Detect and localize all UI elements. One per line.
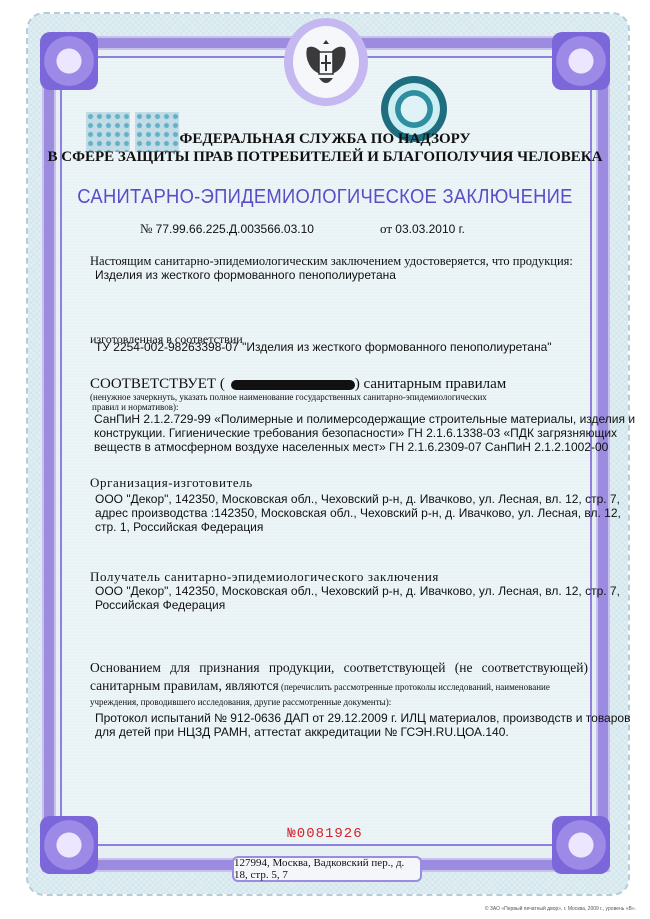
recipient-line-2: Российская Федерация xyxy=(95,598,225,612)
ornament-corner-icon xyxy=(40,32,98,90)
number-label: № xyxy=(140,221,152,236)
rules-line-3: веществ в атмосферном воздухе населенных… xyxy=(94,440,608,454)
basis-main: санитарным правилам, являются xyxy=(90,678,279,693)
compliance-suffix: ) санитарным правилам xyxy=(355,376,506,392)
issuer-address-text: 127994, Москва, Вадковский пер., д. 18, … xyxy=(234,857,420,881)
manufactured-spec: ТУ 2254-002-98263398-07 "Изделия из жест… xyxy=(95,340,552,354)
form-serial-number: №0081926 xyxy=(0,826,650,842)
date-value: 03.03.2010 г. xyxy=(395,222,465,236)
printer-imprint: © ЗАО «Первый печатный двор», г. Москва,… xyxy=(485,906,636,912)
manufacturer-line-2: адрес производства :142350, Московская о… xyxy=(95,506,621,520)
protocol-line-1: Протокол испытаний № 912-0636 ДАП от 29.… xyxy=(95,711,630,725)
protocol-line-2: для детей при НЦЗД РАМН, аттестат аккред… xyxy=(95,725,509,739)
compliance-note-1: (ненужное зачеркнуть, указать полное наи… xyxy=(90,392,487,402)
conclusion-number: № 77.99.66.225.Д.003566.03.10 xyxy=(140,221,314,237)
rules-line-2: конструкции. Гигиенические требования бе… xyxy=(94,426,617,440)
ornament-corner-icon xyxy=(40,816,98,874)
document-title: САНИТАРНО-ЭПИДЕМИОЛОГИЧЕСКОЕ ЗАКЛЮЧЕНИЕ xyxy=(26,186,624,209)
manufacturer-heading: Организация-изготовитель xyxy=(90,475,253,491)
product-intro: Настоящим санитарно-эпидемиологическим з… xyxy=(90,254,573,269)
compliance-status: СООТВЕТСТВУЕТ ( xyxy=(90,376,225,392)
compliance-line: СООТВЕТСТВУЕТ () санитарным правилам xyxy=(90,376,506,393)
basis-line-1: Основанием для признания продукции, соот… xyxy=(90,660,588,676)
ornament-corner-icon xyxy=(552,32,610,90)
emblem-medallion xyxy=(284,18,368,106)
issuer-address: 127994, Москва, Вадковский пер., д. 18, … xyxy=(232,856,422,882)
number-value: 77.99.66.225.Д.003566.03.10 xyxy=(156,222,314,236)
recipient-line-1: ООО "Декор", 142350, Московская обл., Че… xyxy=(95,584,620,598)
manufacturer-line-3: стр. 1, Российская Федерация xyxy=(95,520,263,534)
struck-out-text xyxy=(231,380,355,390)
manufacturer-line-1: ООО "Декор", 142350, Московская обл., Че… xyxy=(95,492,620,506)
recipient-heading: Получатель санитарно-эпидемиологического… xyxy=(90,569,439,585)
eagle-emblem-icon xyxy=(303,34,349,90)
date-label: от xyxy=(380,221,392,236)
rules-line-1: СанПиН 2.1.2.729-99 «Полимерные и полиме… xyxy=(94,412,635,426)
agency-name-line-2: В СФЕРЕ ЗАЩИТЫ ПРАВ ПОТРЕБИТЕЛЕЙ И БЛАГО… xyxy=(0,148,650,166)
ornament-corner-icon xyxy=(552,816,610,874)
basis-line-2: санитарным правилам, являются (перечисли… xyxy=(90,678,550,694)
agency-name-line-1: ФЕДЕРАЛЬНАЯ СЛУЖБА ПО НАДЗОРУ xyxy=(0,130,650,148)
product-name: Изделия из жесткого формованного пенопол… xyxy=(95,268,396,282)
basis-note: (перечислить рассмотренные протоколы исс… xyxy=(279,682,550,692)
compliance-note-2: правил и нормативов): xyxy=(92,402,178,412)
basis-note-2: учреждения, проводившего исследования, д… xyxy=(90,697,391,707)
conclusion-date: от 03.03.2010 г. xyxy=(380,221,465,237)
